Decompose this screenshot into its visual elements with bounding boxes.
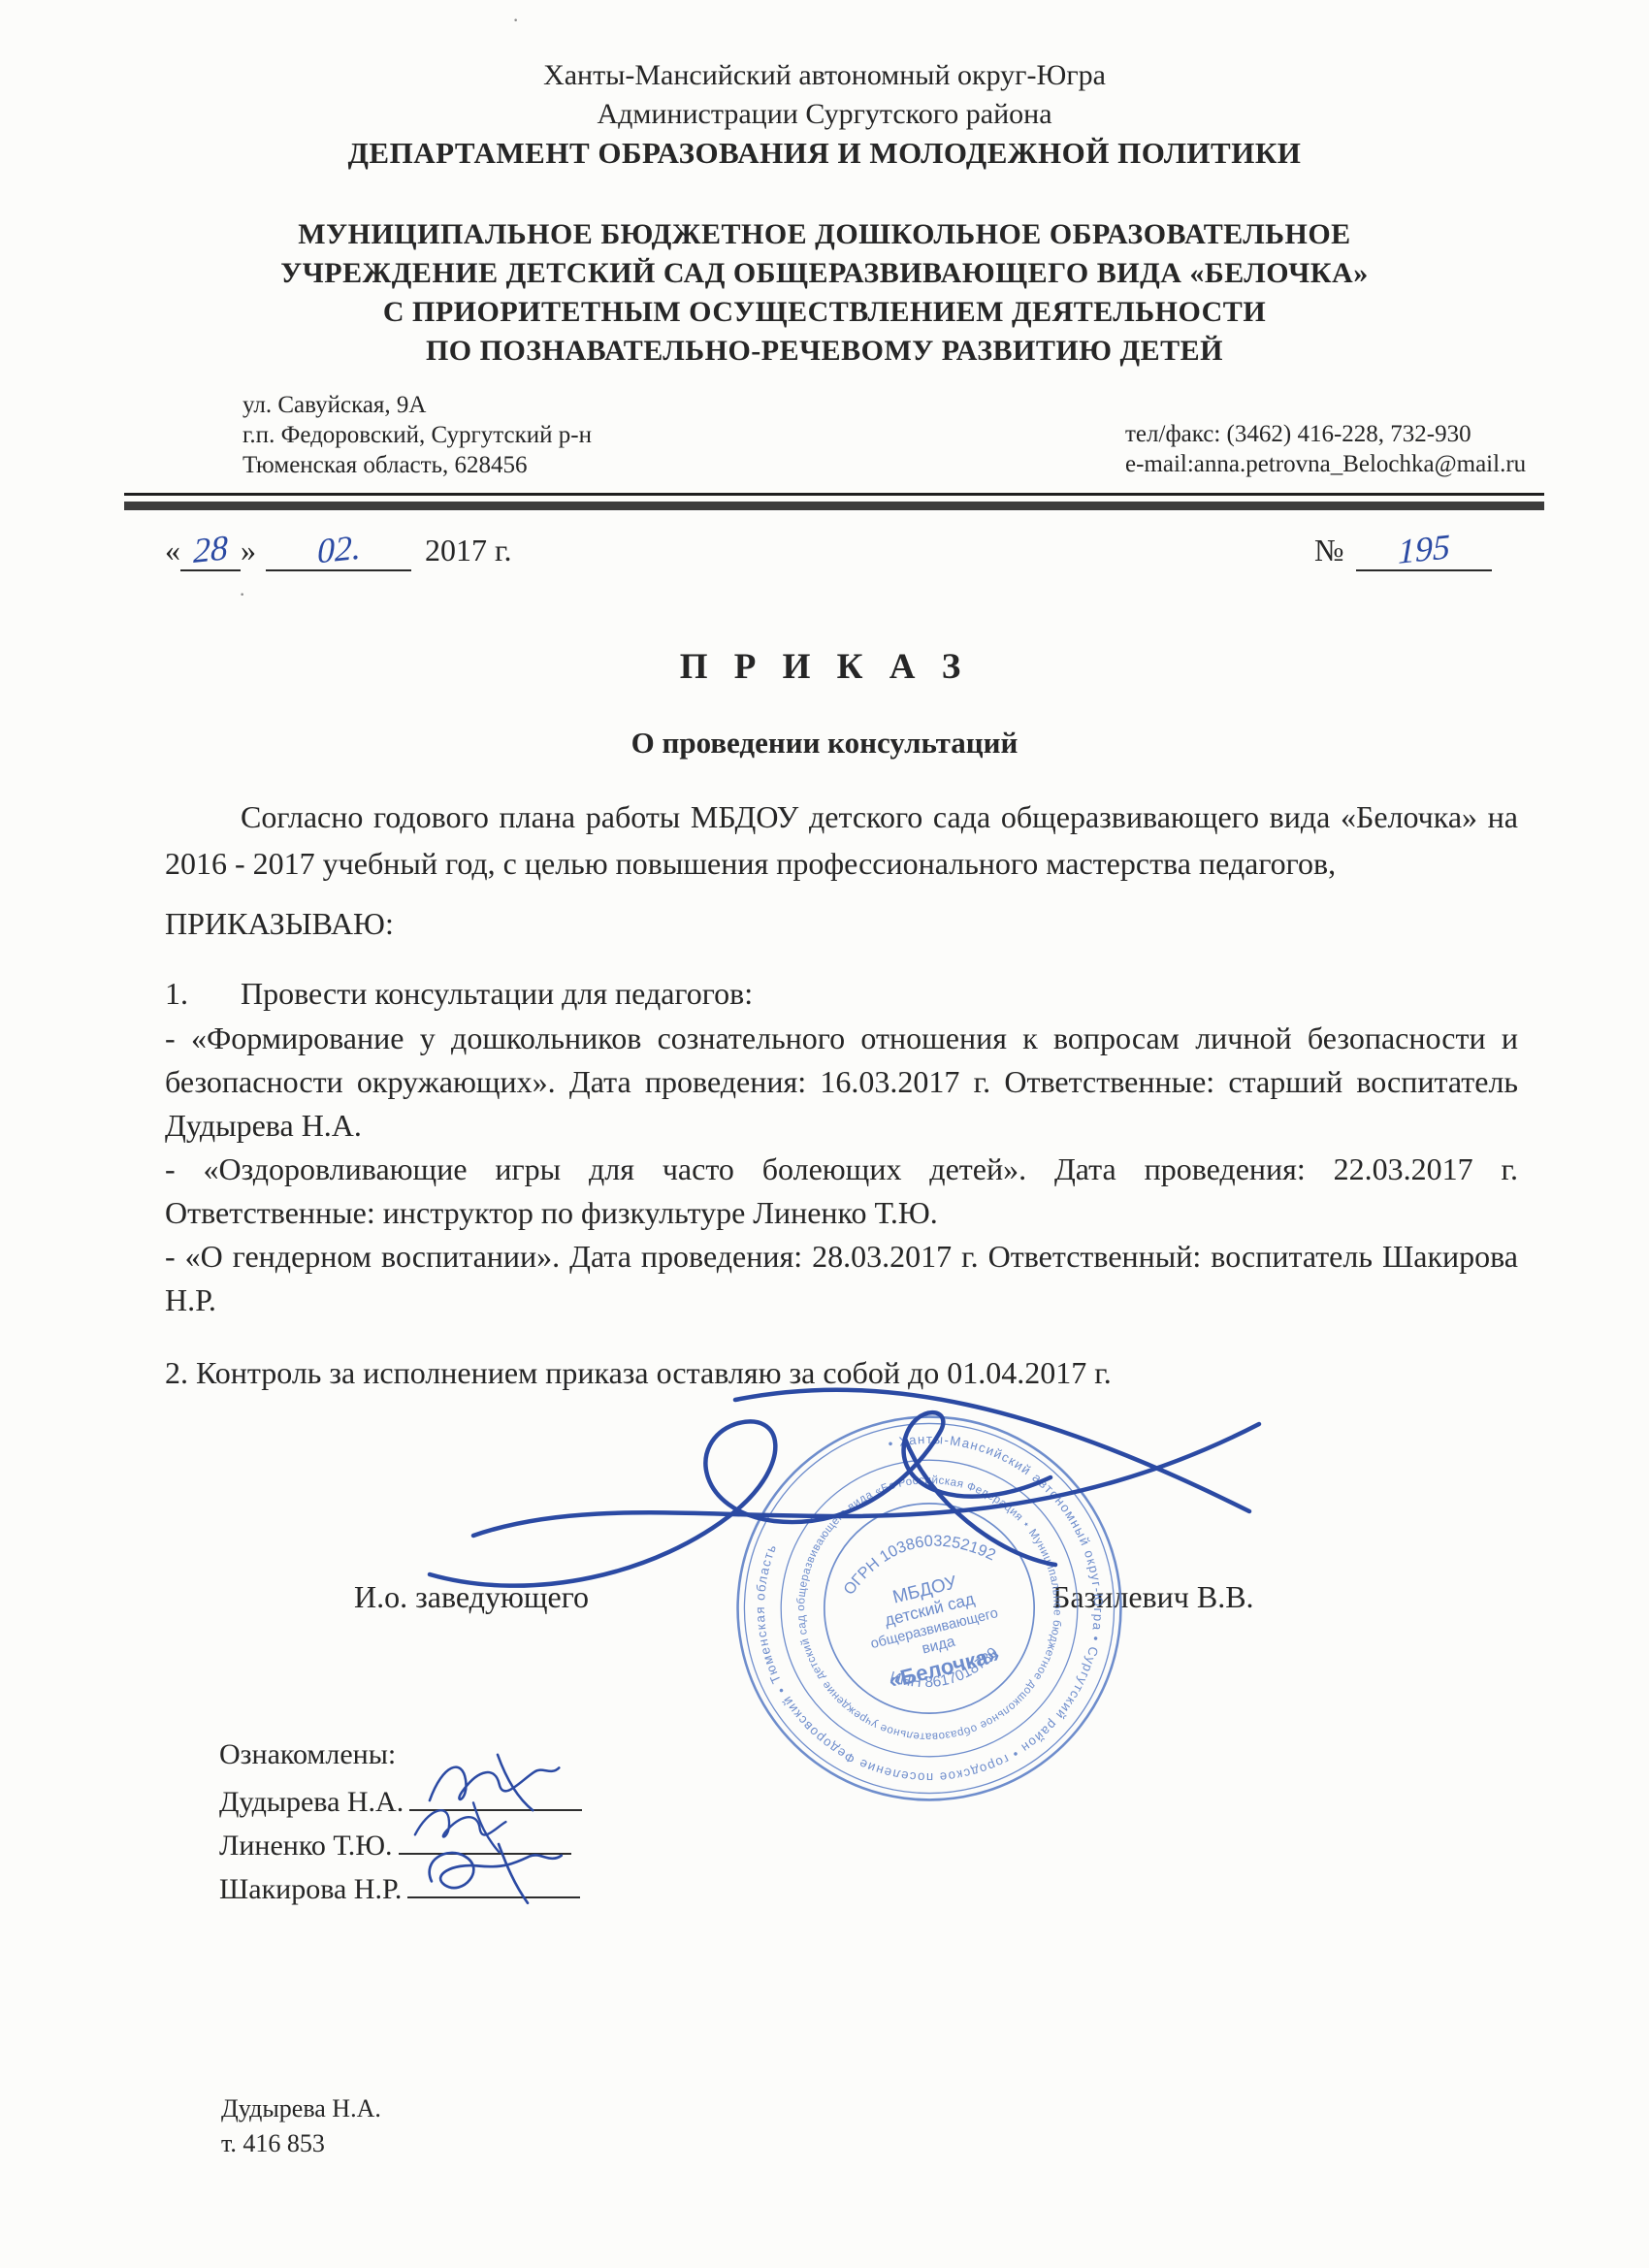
scan-speck: · — [239, 582, 245, 607]
contact-phone: тел/факс: (3462) 416-228, 732-930 — [1125, 419, 1526, 449]
handwritten-month: 02. — [317, 527, 361, 572]
org-name-line: С ПРИОРИТЕТНЫМ ОСУЩЕСТВЛЕНИЕМ ДЕЯТЕЛЬНОС… — [0, 293, 1649, 332]
intro-paragraph: Согласно годового плана работы МБДОУ дет… — [165, 794, 1518, 887]
letterhead-administration-line: Администрации Сургутского района — [0, 95, 1649, 134]
date-close-quote: » — [241, 533, 256, 567]
order-word: ПРИКАЗЫВАЮ: — [165, 900, 1518, 947]
scan-speck: · — [512, 8, 519, 33]
address-region: Тюменская область, 628456 — [242, 450, 592, 480]
number-sign: № — [1314, 533, 1344, 567]
executor-name: Дудырева Н.А. — [221, 2091, 381, 2126]
consultation-item: - «О гендерном воспитании». Дата проведе… — [165, 1235, 1518, 1322]
org-name-line: УЧРЕЖДЕНИЕ ДЕТСКИЙ САД ОБЩЕРАЗВИВАЮЩЕГО … — [0, 254, 1649, 293]
contact-email: e-mail:anna.petrovna_Belochka@mail.ru — [1125, 449, 1526, 479]
order-item-1-text: Провести консультации для педагогов: — [241, 976, 753, 1011]
date-open-quote: « — [165, 533, 180, 567]
handwritten-order-number: 195 — [1398, 526, 1450, 572]
date-year: 2017 г. — [425, 533, 512, 567]
org-name-line: МУНИЦИПАЛЬНОЕ БЮДЖЕТНОЕ ДОШКОЛЬНОЕ ОБРАЗ… — [0, 215, 1649, 254]
address-block: ул. Савуйская, 9А г.п. Федоровский, Сург… — [242, 390, 592, 480]
address-settlement: г.п. Федоровский, Сургутский р-н — [242, 420, 592, 450]
acknowledgment-signature — [407, 1863, 580, 1898]
consultation-item: - «Формирование у дошкольников сознатель… — [165, 1017, 1518, 1148]
acknowledged-person: Линенко Т.Ю. — [219, 1830, 393, 1862]
date-number-row: «28»02.2017 г. №195 — [165, 529, 1518, 571]
letterhead-department-line: ДЕПАРТАМЕНТ ОБРАЗОВАНИЯ И МОЛОДЕЖНОЙ ПОЛ… — [0, 134, 1649, 173]
consultation-item: - «Оздоровливающие игры для часто болеющ… — [165, 1148, 1518, 1235]
executor-phone: т. 416 853 — [221, 2126, 381, 2161]
letterhead: Ханты-Мансийский автономный округ-Югра А… — [0, 56, 1649, 173]
acknowledged-person: Шакирова Н.Р. — [219, 1873, 402, 1905]
letterhead-region-line: Ханты-Мансийский автономный округ-Югра — [0, 56, 1649, 95]
scanned-order-document: Ханты-Мансийский автономный округ-Югра А… — [0, 0, 1649, 2268]
handwritten-day: 28 — [193, 527, 228, 571]
order-number-group: №195 — [1314, 529, 1492, 571]
executor-block: Дудырева Н.А. т. 416 853 — [221, 2091, 381, 2161]
contacts-block: тел/факс: (3462) 416-228, 732-930 e-mail… — [1125, 419, 1526, 479]
organization-name: МУНИЦИПАЛЬНОЕ БЮДЖЕТНОЕ ДОШКОЛЬНОЕ ОБРАЗ… — [0, 215, 1649, 371]
divider-line-thin — [124, 493, 1544, 496]
acknowledgment-row: Шакирова Н.Р. — [219, 1863, 582, 1907]
address-street: ул. Савуйская, 9А — [242, 390, 592, 420]
director-signature — [415, 1366, 1273, 1614]
document-title: П Р И К А З — [0, 646, 1649, 688]
acknowledgment-block: Ознакомлены: Дудырева Н.А. Линенко Т.Ю. … — [219, 1733, 582, 1907]
order-item-1-number: 1. — [165, 970, 241, 1017]
org-name-line: ПО ПОЗНАВАТЕЛЬНО-РЕЧЕВОМУ РАЗВИТИЮ ДЕТЕЙ — [0, 332, 1649, 371]
acknowledged-person: Дудырева Н.А. — [219, 1786, 404, 1818]
document-body: Согласно годового плана работы МБДОУ дет… — [165, 794, 1518, 1395]
divider-line-thick — [124, 502, 1544, 510]
order-item-1-head: 1.Провести консультации для педагогов: — [165, 970, 1518, 1017]
document-subject: О проведении консультаций — [0, 726, 1649, 761]
